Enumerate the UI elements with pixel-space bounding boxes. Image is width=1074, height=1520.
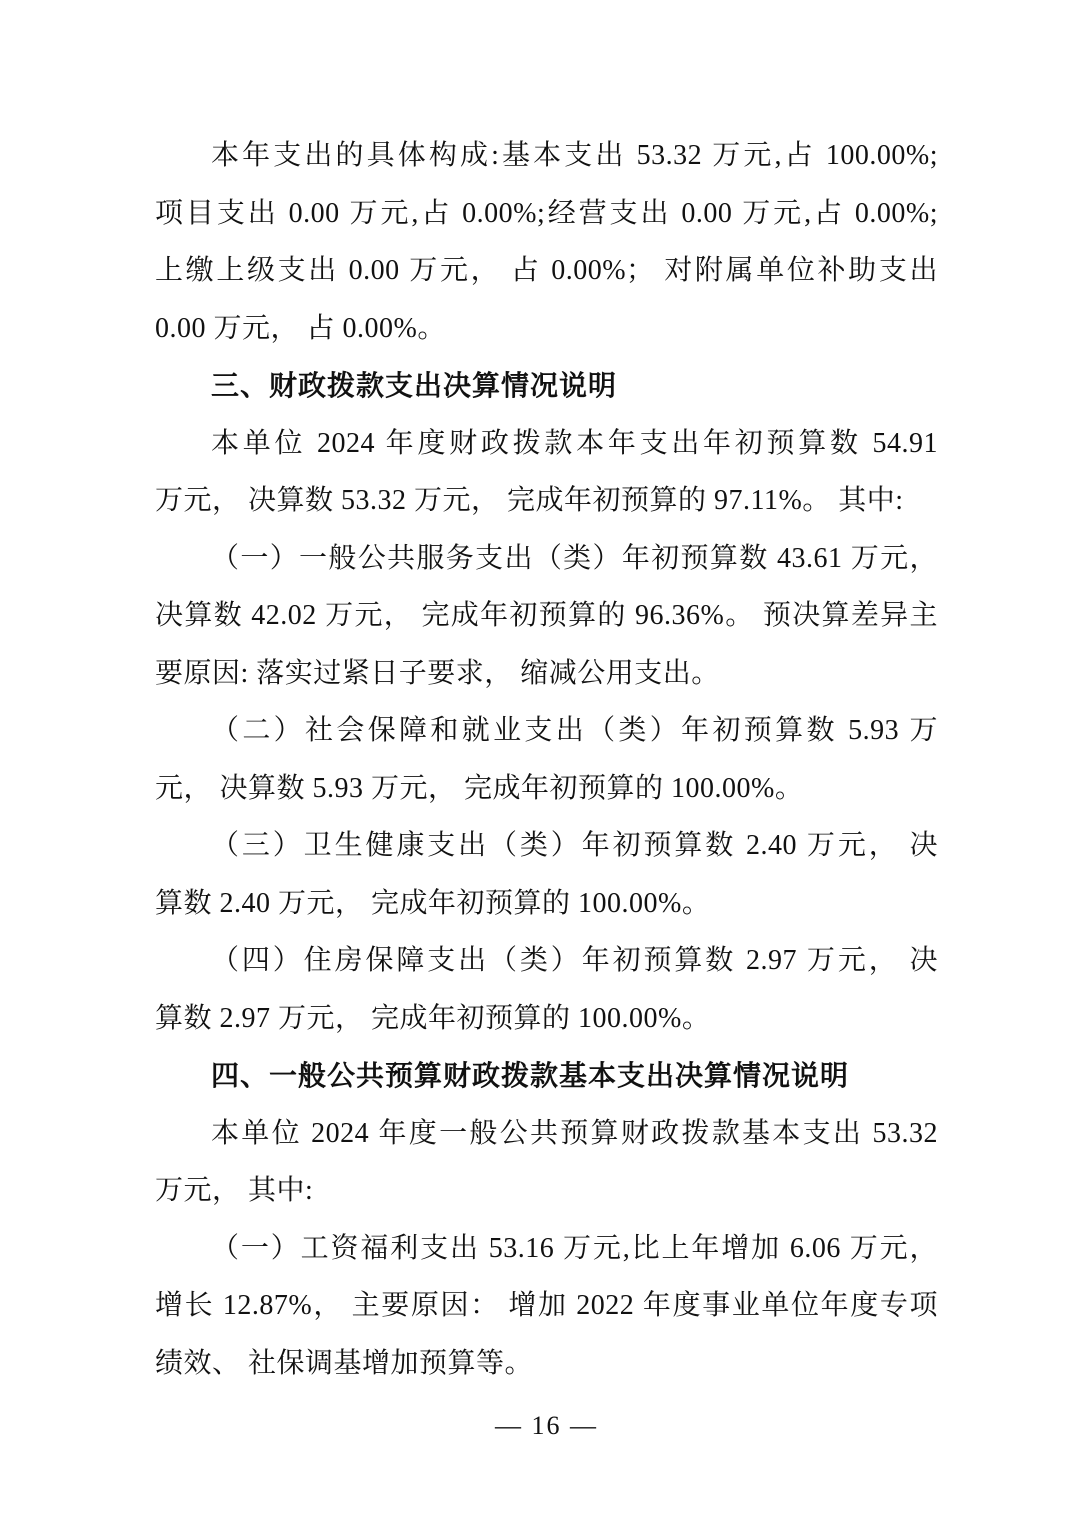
text-line: （三）卫生健康支出（类）年初预算数 2.40 万元， 决 [155, 817, 938, 875]
text-line: 上缴上级支出 0.00 万元， 占 0.00%； 对附属单位补助支出 [155, 242, 938, 300]
paragraph-basic-expenditure-summary: 本单位 2024 年度一般公共预算财政拨款基本支出 53.32 万元， 其中: [155, 1105, 938, 1220]
page-number: — 16 — [495, 1411, 598, 1440]
paragraph-social-security-employment: （二）社会保障和就业支出（类）年初预算数 5.93 万 元， 决算数 5.93 … [155, 702, 938, 817]
text-line: （二）社会保障和就业支出（类）年初预算数 5.93 万 [155, 702, 938, 760]
heading-text: 四、一般公共预算财政拨款基本支出决算情况说明 [155, 1047, 938, 1105]
text-line: （四）住房保障支出（类）年初预算数 2.97 万元， 决 [155, 932, 938, 990]
text-line: 要原因: 落实过紧日子要求， 缩减公用支出。 [155, 645, 938, 703]
paragraph-general-public-service: （一）一般公共服务支出（类）年初预算数 43.61 万元， 决算数 42.02 … [155, 530, 938, 703]
paragraph-health: （三）卫生健康支出（类）年初预算数 2.40 万元， 决 算数 2.40 万元，… [155, 817, 938, 932]
page-footer: — 16 — [155, 1406, 938, 1446]
text-line: （一）工资福利支出 53.16 万元,比上年增加 6.06 万元， [155, 1220, 938, 1278]
text-line: 算数 2.97 万元， 完成年初预算的 100.00%。 [155, 990, 938, 1048]
paragraph-wage-welfare: （一）工资福利支出 53.16 万元,比上年增加 6.06 万元， 增长 12.… [155, 1220, 938, 1393]
paragraph-housing-security: （四）住房保障支出（类）年初预算数 2.97 万元， 决 算数 2.97 万元，… [155, 932, 938, 1047]
text-line: 绩效、 社保调基增加预算等。 [155, 1335, 938, 1393]
text-line: 决算数 42.02 万元， 完成年初预算的 96.36%。 预决算差异主 [155, 587, 938, 645]
section-heading-basic-expenditure: 四、一般公共预算财政拨款基本支出决算情况说明 [155, 1047, 938, 1105]
text-line: 元， 决算数 5.93 万元， 完成年初预算的 100.00%。 [155, 760, 938, 818]
text-line: 本单位 2024 年度财政拨款本年支出年初预算数 54.91 [155, 415, 938, 473]
text-line: 本单位 2024 年度一般公共预算财政拨款基本支出 53.32 [155, 1105, 938, 1163]
document-page: 本年支出的具体构成:基本支出 53.32 万元,占 100.00%; 项目支出 … [0, 0, 1074, 1520]
heading-text: 三、财政拨款支出决算情况说明 [155, 357, 938, 415]
text-line: 增长 12.87%， 主要原因： 增加 2022 年度事业单位年度专项 [155, 1277, 938, 1335]
text-line: 算数 2.40 万元， 完成年初预算的 100.00%。 [155, 875, 938, 933]
paragraph-fiscal-appropriation-summary: 本单位 2024 年度财政拨款本年支出年初预算数 54.91 万元， 决算数 5… [155, 415, 938, 530]
text-line: 本年支出的具体构成:基本支出 53.32 万元,占 100.00%; [155, 127, 938, 185]
text-line: 项目支出 0.00 万元,占 0.00%;经营支出 0.00 万元,占 0.00… [155, 185, 938, 243]
text-line: （一）一般公共服务支出（类）年初预算数 43.61 万元， [155, 530, 938, 588]
section-heading-fiscal-appropriation-expenditure: 三、财政拨款支出决算情况说明 [155, 357, 938, 415]
text-line: 万元， 其中: [155, 1162, 938, 1220]
text-line: 万元， 决算数 53.32 万元， 完成年初预算的 97.11%。 其中: [155, 472, 938, 530]
paragraph-expenditure-composition: 本年支出的具体构成:基本支出 53.32 万元,占 100.00%; 项目支出 … [155, 127, 938, 357]
text-line: 0.00 万元， 占 0.00%。 [155, 300, 938, 358]
